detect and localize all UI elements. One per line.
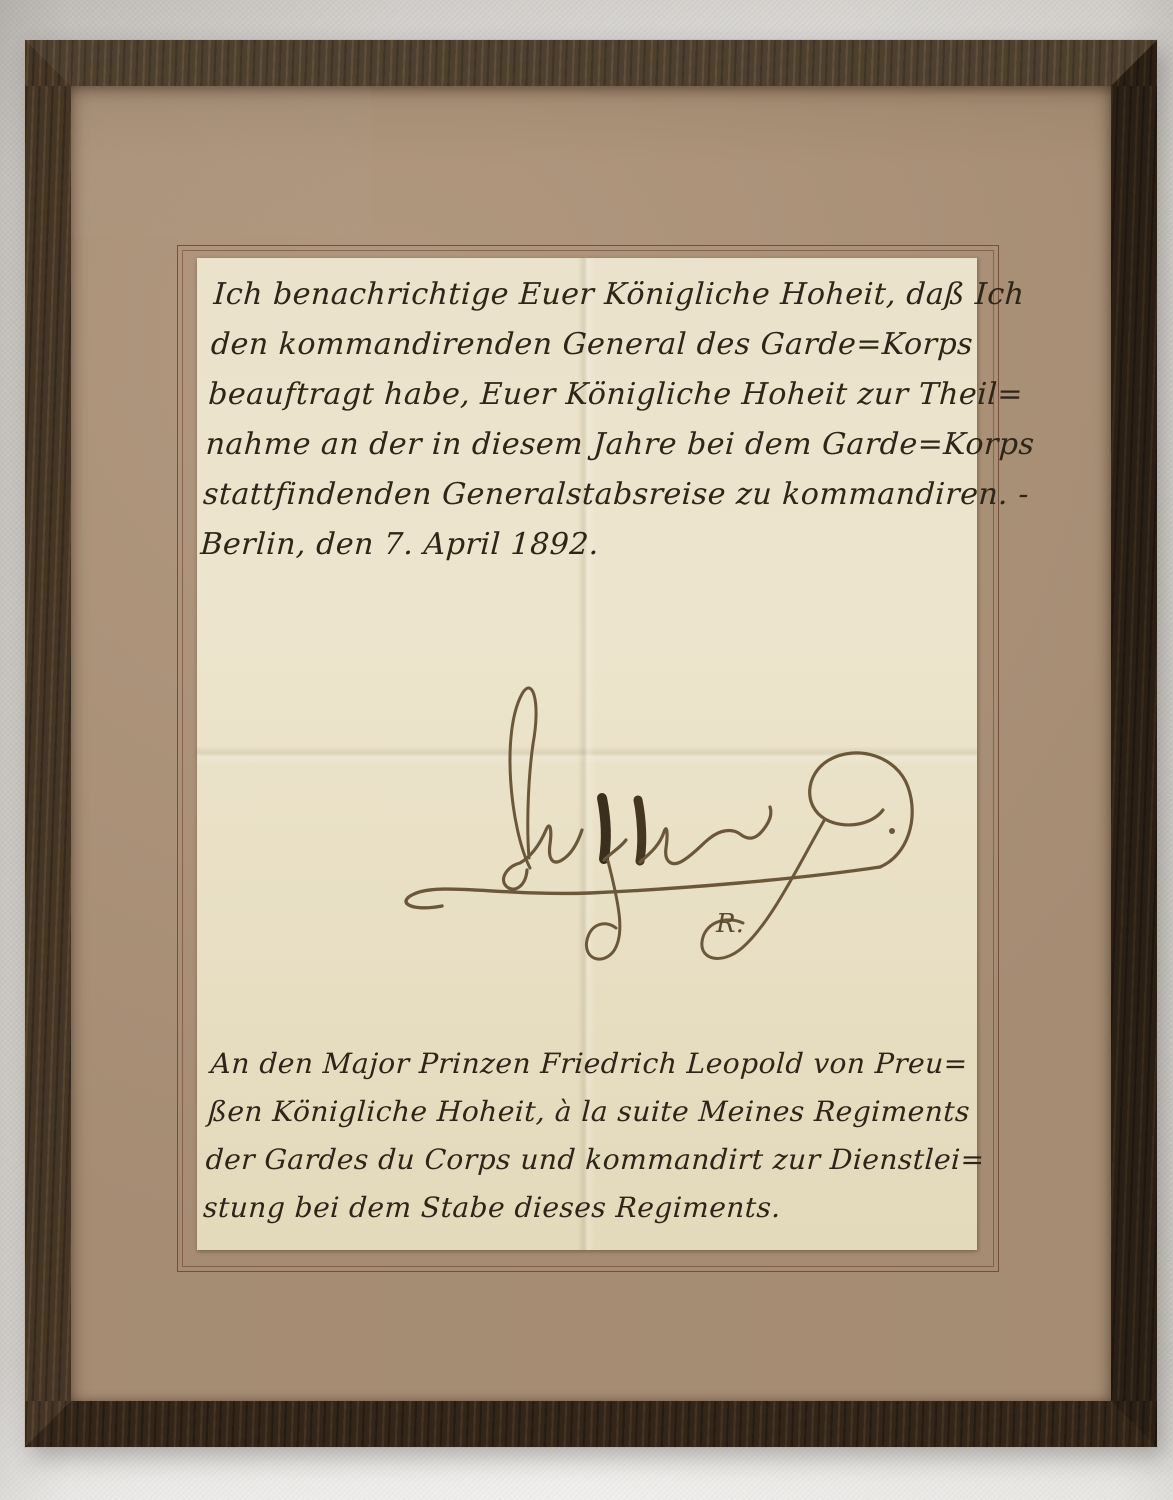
letter-line: stattfindenden Generalstabsreise zu komm… — [202, 470, 969, 520]
letter-body-paragraph: Ich benachrichtige Euer Königliche Hohei… — [199, 270, 979, 570]
signature-tail — [586, 861, 619, 959]
picture-frame: Ich benachrichtige Euer Königliche Hohei… — [25, 40, 1157, 1447]
letter-line: stung bei dem Stabe dieses Regiments. — [202, 1184, 969, 1232]
signature-ink-stroke — [638, 800, 642, 861]
mat-board: Ich benachrichtige Euer Königliche Hohei… — [71, 86, 1111, 1401]
letter-line: An den Major Prinzen Friedrich Leopold v… — [210, 1040, 977, 1088]
document-paper: Ich benachrichtige Euer Königliche Hohei… — [197, 258, 977, 1250]
letter-line: beauftragt habe, Euer Königliche Hoheit … — [207, 370, 974, 420]
signature-ink-dot — [889, 828, 895, 834]
signature-initial: R. — [715, 909, 744, 939]
letter-line: Ich benachrichtige Euer Königliche Hohei… — [212, 270, 979, 320]
letter-line: ßen Königliche Hoheit, à la suite Meines… — [207, 1088, 974, 1136]
date-line: Berlin, den 7. April 1892. — [199, 520, 966, 570]
letter-line: den kommandirenden General des Garde=Kor… — [210, 320, 977, 370]
signature-flourish — [510, 688, 536, 868]
signature-underline — [406, 867, 880, 908]
photograph-of-framed-letter: Ich benachrichtige Euer Königliche Hohei… — [0, 0, 1173, 1500]
signature-flourish — [604, 807, 771, 864]
signature-ink-stroke — [602, 798, 606, 859]
letter-line: der Gardes du Corps und kommandirt zur D… — [204, 1136, 971, 1184]
signature-flourish — [504, 826, 582, 889]
letter-line: nahme an der in diesem Jahre bei dem Gar… — [204, 420, 971, 470]
address-paragraph: An den Major Prinzen Friedrich Leopold v… — [202, 1040, 976, 1232]
mat-texture — [71, 86, 371, 236]
signature-wilhelm: R. — [380, 660, 920, 990]
signature-loop — [810, 753, 913, 867]
